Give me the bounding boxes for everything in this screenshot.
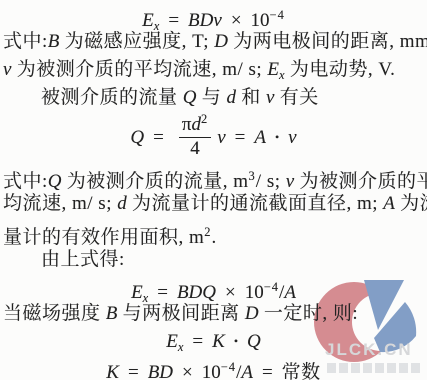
document-content: Ex=BDv×10−4 式中:B 为磁感应强度, T; D 为两电极间的距离, … xyxy=(0,0,427,380)
math-superscript: 2 xyxy=(201,112,208,126)
text-run: 量计的有效作用面积, m xyxy=(3,227,204,248)
text-run: / s; xyxy=(256,171,286,192)
para-q-definition: 式中:Q 为被测介质的流量, m3/ s; v 为被测介质的平 xyxy=(3,162,424,190)
text-run: 当磁场强度 xyxy=(3,303,106,324)
math-variable: Q xyxy=(247,331,261,352)
text-run: 一定时, 则: xyxy=(259,303,359,324)
math-variable: v xyxy=(286,171,294,192)
text-run: . xyxy=(212,227,217,248)
math-superscript: −4 xyxy=(221,360,236,374)
math-variable: B xyxy=(48,31,60,52)
para-v-ex-definition: v 为被测介质的平均流速, m/ s; Ex 为电动势, V. xyxy=(3,56,424,84)
math-number: π xyxy=(182,114,192,135)
math-number: 4 xyxy=(190,138,200,159)
math-operator: = xyxy=(128,362,139,380)
math-variable: B xyxy=(106,303,118,324)
math-superscript: 2 xyxy=(204,225,211,239)
math-variable: v xyxy=(217,127,225,148)
formula-ex-kq: Ex=K•Q xyxy=(3,328,424,354)
text-run: 为被测介质的平 xyxy=(294,171,427,192)
math-variable: d xyxy=(191,114,201,135)
text-run: 有关 xyxy=(274,87,318,108)
math-subscript: x xyxy=(178,340,184,354)
math-dot-operator: • xyxy=(275,130,279,144)
math-variable: A xyxy=(254,127,266,148)
text-run: 式中: xyxy=(3,31,48,52)
math-variable: D xyxy=(214,31,228,52)
fraction-denominator: 4 xyxy=(179,138,211,159)
para-b-d-definition: 式中:B 为磁感应强度, T; D 为两电极间的距离, mm; xyxy=(3,28,424,56)
math-variable: Q xyxy=(183,87,197,108)
math-number: 10 xyxy=(202,362,221,380)
text-run: 常数 xyxy=(282,362,321,380)
text-run: 为流量计的通流截面直径, m; xyxy=(127,193,384,214)
para-flow-relation: 被测介质的流量 Q 与 d 和 v 有关 xyxy=(3,84,424,112)
math-variable: d xyxy=(117,193,127,214)
math-variable: A xyxy=(383,193,395,214)
text-run: 为被测介质的流量, m xyxy=(62,171,249,192)
math-variable: BD xyxy=(148,362,173,380)
text-run: 为磁感应强度, T; xyxy=(59,31,214,52)
text-run: 与 xyxy=(197,87,227,108)
math-variable: D xyxy=(245,303,259,324)
math-variable: K xyxy=(212,331,225,352)
formula-q-area: Q=πd24v=A•v xyxy=(3,112,424,162)
text-run: 为流 xyxy=(395,193,427,214)
math-fraction: πd24 xyxy=(179,113,211,159)
math-variable: d xyxy=(227,87,237,108)
math-operator: = xyxy=(262,362,273,380)
math-operator: × xyxy=(182,362,193,380)
text-run: 均流速, m/ s; xyxy=(3,193,117,214)
math-dot-operator: • xyxy=(234,334,238,348)
text-run: 被测介质的流量 xyxy=(41,87,183,108)
math-operator: = xyxy=(153,127,164,148)
formula-k-constant: K=BD×10−4/A=常数 xyxy=(3,354,424,380)
text-run: 为被测介质的平均流速, m/ s; xyxy=(11,59,267,80)
math-variable: E xyxy=(166,331,178,352)
math-superscript: 3 xyxy=(249,169,256,183)
text-run: 为电动势, V. xyxy=(285,59,396,80)
math-variable: K xyxy=(106,362,119,380)
math-variable: Q xyxy=(130,127,144,148)
para-area-definition: 量计的有效作用面积, m2. xyxy=(3,218,424,246)
para-derivation-lead: 由上式得: xyxy=(3,246,424,274)
fraction-numerator: πd2 xyxy=(179,113,211,138)
text-run: 由上式得: xyxy=(41,249,125,270)
para-constant-condition: 当磁场强度 B 与两极间距离 D 一定时, 则: xyxy=(3,300,424,328)
math-superscript: −4 xyxy=(264,280,279,294)
math-variable: Q xyxy=(48,171,62,192)
text-run: 与两极间距离 xyxy=(117,303,245,324)
math-variable: v xyxy=(288,127,296,148)
formula-ex-bdq: Ex=BDQ×10−4/A xyxy=(3,274,424,300)
text-run: 为两电极间的距离, mm; xyxy=(228,31,427,52)
para-d-a-definition: 均流速, m/ s; d 为流量计的通流截面直径, m; A 为流 xyxy=(3,190,424,218)
math-variable: E xyxy=(267,59,279,80)
math-operator: = xyxy=(235,127,246,148)
math-operator: = xyxy=(192,331,203,352)
document-page: JLCK.CN Ex=BDv×10−4 式中:B 为磁感应强度, T; D 为两… xyxy=(0,0,427,380)
formula-ex-bdv: Ex=BDv×10−4 xyxy=(3,3,424,28)
text-run: 式中: xyxy=(3,171,48,192)
math-variable: A xyxy=(241,362,253,380)
text-run: 和 xyxy=(236,87,266,108)
math-superscript: −4 xyxy=(270,8,285,22)
